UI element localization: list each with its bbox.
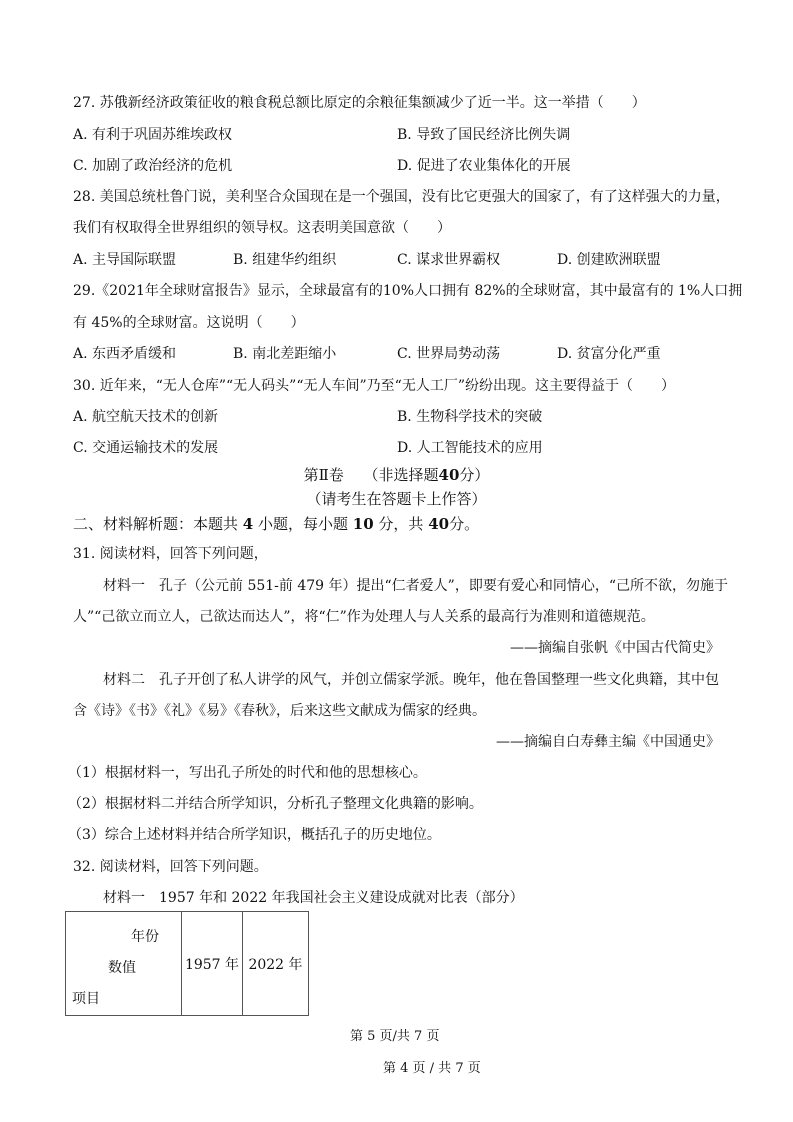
q30-option-d: D. 人工智能技术的应用 (397, 439, 543, 457)
q31-subquestion-3: （3）综合上述材料并结合所学知识，概括孔子的历史地位。 (68, 826, 441, 844)
part2-subtitle: （请考生在答题卡上作答） (0, 490, 793, 508)
section-count: 4 (243, 515, 253, 533)
q28-option-d: D. 创建欧洲联盟 (557, 251, 661, 269)
header-item-label: 项目 (72, 988, 100, 1008)
q31-material2-line2: 含《诗》《书》《礼》《易》《春秋》，后来这些文献成为儒家的经典。 (73, 702, 486, 720)
question-29-stem-line2: 有 45%的全球财富。这说明（ ） (73, 314, 305, 332)
section-text-1: 二、材料解析题：本题共 (73, 515, 243, 533)
q29-option-a: A. 东西矛盾缓和 (73, 345, 176, 363)
q31-material1-line1: 材料一 孔子（公元前 551-前 479 年）提出“仁者爱人”，即要有爱心和同情… (103, 577, 728, 595)
section-text-3: 分，共 (374, 515, 429, 533)
part2-title-post: 分） (459, 466, 489, 484)
q28-option-b: B. 组建华约组织 (233, 251, 336, 269)
table-diagonal-header: 年份 数值 项目 (66, 912, 182, 1016)
question-31-intro: 31. 阅读材料，回答下列问题， (73, 545, 268, 563)
q30-option-b: B. 生物科学技术的突破 (397, 408, 542, 426)
question-28-stem-line1: 28. 美国总统杜鲁门说，美利坚合众国现在是一个强国，没有比它更强大的国家了，有… (73, 188, 730, 206)
outer-page-number: 第 4 页 / 共 7 页 (383, 1057, 481, 1076)
table-header-2022: 2022 年 (243, 912, 309, 1016)
table-header-row: 年份 数值 项目 1957 年 2022 年 (66, 912, 309, 1016)
q32-material1-title: 材料一 1957 年和 2022 年我国社会主义建设成就对比表（部分） (103, 889, 524, 907)
q31-material2-line1: 材料二 孔子开创了私人讲学的风气，并创立儒家学派。晚年，他在鲁国整理一些文化典籍… (103, 671, 719, 689)
section-per-score: 10 (353, 515, 374, 533)
section-text-4: 分。 (449, 515, 479, 533)
question-27-stem: 27. 苏俄新经济政策征收的粮食税总额比原定的余粮征集额减少了近一半。这一举措（… (73, 94, 646, 112)
header-value-label: 数值 (108, 957, 136, 977)
q29-option-c: C. 世界局势动荡 (397, 345, 500, 363)
question-32-intro: 32. 阅读材料，回答下列问题。 (73, 858, 268, 876)
question-29-stem-line1: 29.《2021年全球财富报告》显示，全球最富有的10%人口拥有 82%的全球财… (73, 282, 742, 300)
section-total-score: 40 (428, 515, 449, 533)
part2-title-pre: 第Ⅱ卷 （非选择题 (304, 466, 439, 484)
q29-option-d: D. 贫富分化严重 (557, 345, 661, 363)
part2-title: 第Ⅱ卷 （非选择题40分） (0, 466, 793, 484)
question-30-stem: 30. 近年来，“无人仓库”“无人码头”“无人车间”乃至“无人工厂”纷纷出现。这… (73, 377, 675, 395)
q27-option-d: D. 促进了农业集体化的开展 (397, 157, 571, 175)
q27-option-b: B. 导致了国民经济比例失调 (397, 126, 570, 144)
q28-option-a: A. 主导国际联盟 (73, 251, 176, 269)
q29-option-b: B. 南北差距缩小 (233, 345, 336, 363)
q31-source2: ——摘编自白寿彝主编《中国通史》 (496, 733, 720, 751)
inner-page-number: 第 5 页/共 7 页 (350, 1025, 439, 1044)
q31-subquestion-2: （2）根据材料二并结合所学知识，分析孔子整理文化典籍的影响。 (68, 795, 483, 813)
part2-title-score: 40 (439, 466, 460, 484)
q31-material1-line2: 人”“己欲立而立人，己欲达而达人”，将“仁”作为处理人与人关系的最高行为准则和道… (73, 608, 655, 626)
achievement-comparison-table: 年份 数值 项目 1957 年 2022 年 (65, 911, 309, 1016)
q27-option-a: A. 有利于巩固苏维埃政权 (73, 126, 232, 144)
q30-option-a: A. 航空航天技术的创新 (73, 408, 218, 426)
section-heading: 二、材料解析题：本题共 4 小题，每小题 10 分，共 40分。 (73, 515, 479, 533)
header-year-label: 年份 (131, 926, 159, 946)
q27-option-c: C. 加剧了政治经济的危机 (73, 157, 232, 175)
q31-subquestion-1: （1）根据材料一，写出孔子所处的时代和他的思想核心。 (68, 764, 427, 782)
q31-source1: ——摘编自张帆《中国古代简史》 (510, 639, 720, 657)
table-header-1957: 1957 年 (182, 912, 243, 1016)
q30-option-c: C. 交通运输技术的发展 (73, 439, 218, 457)
section-text-2: 小题，每小题 (253, 515, 353, 533)
question-28-stem-line2: 我们有权取得全世界组织的领导权。这表明美国意欲（ ） (73, 219, 451, 237)
q28-option-c: C. 谋求世界霸权 (397, 251, 500, 269)
